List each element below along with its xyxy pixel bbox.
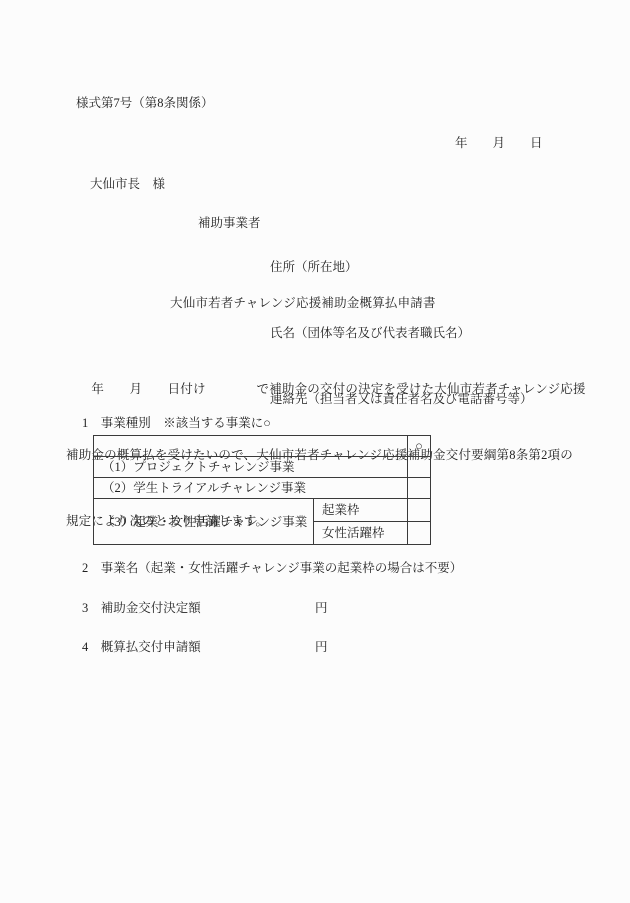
form-number: 様式第7号（第8条関係）	[76, 92, 214, 114]
business-type-table: ○ （1）プロジェクトチャレンジ事業 （2）学生トライアルチャレンジ事業 （3）…	[93, 435, 431, 545]
business-3-sub-2-check-cell	[408, 522, 431, 545]
circle-mark-cell: ○	[408, 436, 431, 457]
document-title: 大仙市若者チャレンジ応援補助金概算払申請書	[170, 292, 436, 314]
applicant-address: 住所（所在地）	[270, 256, 533, 278]
business-1-check-cell	[408, 457, 431, 478]
business-3-label: （3）起業・女性活躍チャレンジ事業	[94, 499, 314, 545]
body-line-1: 年 月 日付け で補助金の交付の決定を受けた大仙市若者チャレンジ応援	[66, 378, 586, 400]
item4-label: 4 概算払交付申請額	[82, 636, 201, 658]
business-2-check-cell	[408, 478, 431, 499]
section1-heading: 1 事業種別 ※該当する事業に○	[82, 412, 271, 434]
addressee: 大仙市長 様	[90, 173, 165, 195]
document-page: 様式第7号（第8条関係） 年 月 日 大仙市長 様 補助事業者 住所（所在地） …	[0, 0, 630, 903]
applicant-label: 補助事業者	[198, 212, 261, 234]
business-3-sub-1-check-cell	[408, 499, 431, 522]
item3-unit: 円	[315, 597, 328, 619]
item3-label: 3 補助金交付決定額	[82, 597, 201, 619]
table-row: （1）プロジェクトチャレンジ事業	[94, 457, 431, 478]
business-3-sub-1: 起業枠	[314, 499, 408, 522]
item2-text: 2 事業名（起業・女性活躍チャレンジ事業の起業枠の場合は不要）	[82, 557, 462, 579]
table-row: （2）学生トライアルチャレンジ事業	[94, 478, 431, 499]
date-line: 年 月 日	[455, 132, 543, 154]
empty-header-cell	[94, 436, 408, 457]
table-row: （3）起業・女性活躍チャレンジ事業 起業枠	[94, 499, 431, 522]
item4-unit: 円	[315, 636, 328, 658]
business-3-sub-2: 女性活躍枠	[314, 522, 408, 545]
table-row: ○	[94, 436, 431, 457]
business-1-label: （1）プロジェクトチャレンジ事業	[94, 457, 408, 478]
business-2-label: （2）学生トライアルチャレンジ事業	[94, 478, 408, 499]
